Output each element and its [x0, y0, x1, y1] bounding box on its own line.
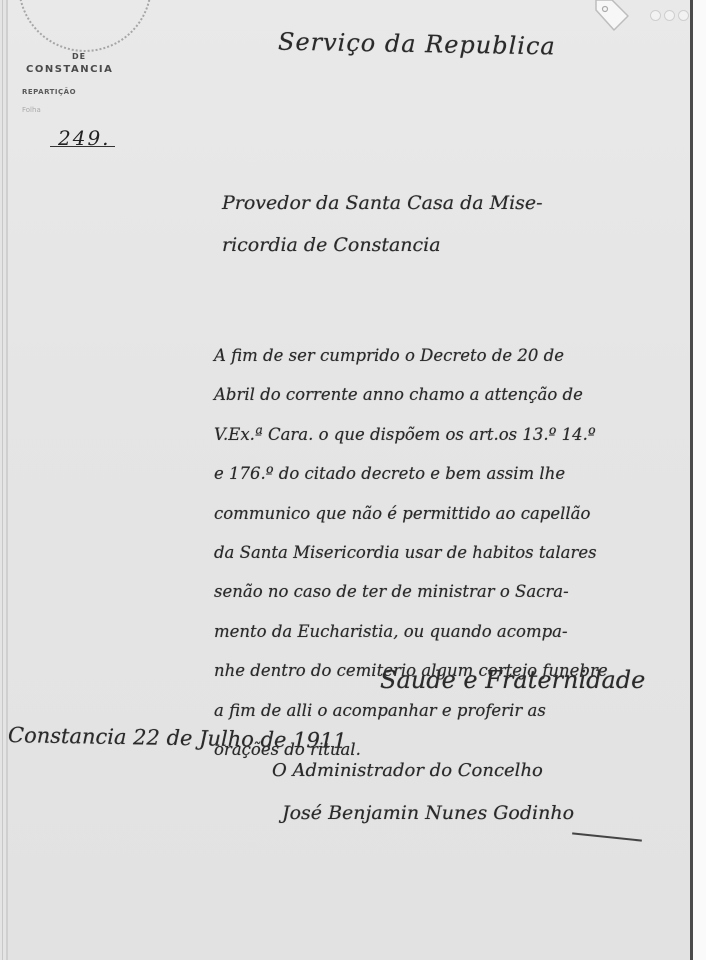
- address-line: Provedor da Santa Casa da Mise-: [222, 182, 543, 224]
- address-line: ricordia de Constancia: [222, 224, 543, 266]
- body-line: senão no caso de ter de ministrar o Sacr…: [214, 572, 608, 611]
- body-line: V.Ex.ª Cara. o que dispõem os art.os 13.…: [214, 415, 608, 454]
- page-left-edge: [2, 0, 3, 960]
- document-viewer: DE CONSTANCIA REPARTIÇÃO Folha 249. Serv…: [0, 0, 706, 960]
- body-line: e 176.º do citado decreto e bem assim lh…: [214, 454, 608, 493]
- body-line: A fim de ser cumprido o Decreto de 20 de: [214, 336, 608, 375]
- more-options-icon[interactable]: [650, 6, 700, 24]
- more-dot: [650, 10, 661, 21]
- body-line: da Santa Misericordia usar de habitos ta…: [214, 533, 608, 572]
- body-line: communico que não é permittido ao capell…: [214, 494, 608, 533]
- body-line: a fim de alli o acompanhar e proferir as: [214, 691, 608, 730]
- letter-addressee: Provedor da Santa Casa da Mise- ricordia…: [222, 182, 543, 266]
- more-dot: [664, 10, 675, 21]
- document-number: 249.: [58, 126, 111, 150]
- stamp-department: REPARTIÇÃO: [22, 88, 76, 96]
- stamp-seal-arc: [18, 0, 152, 52]
- more-dot: [678, 10, 689, 21]
- viewer-gutter: [693, 0, 706, 960]
- body-line: mento da Eucharistia, ou quando acompa-: [214, 612, 608, 651]
- letter-closing: Saude e Fraternidade: [380, 666, 645, 694]
- signature-name: José Benjamin Nunes Godinho: [282, 802, 574, 824]
- office-stamp: DE CONSTANCIA REPARTIÇÃO Folha 249.: [10, 0, 150, 160]
- letter-heading: Serviço da Republica: [278, 28, 556, 61]
- letter-body: A fim de ser cumprido o Decreto de 20 de…: [214, 336, 608, 769]
- stamp-town: CONSTANCIA: [26, 64, 113, 75]
- stamp-folio: Folha: [22, 106, 41, 114]
- stamp-de: DE: [72, 52, 86, 61]
- body-line: Abril do corrente anno chamo a attenção …: [214, 375, 608, 414]
- tag-icon[interactable]: [588, 0, 634, 36]
- signature-title: O Administrador do Concelho: [272, 760, 543, 781]
